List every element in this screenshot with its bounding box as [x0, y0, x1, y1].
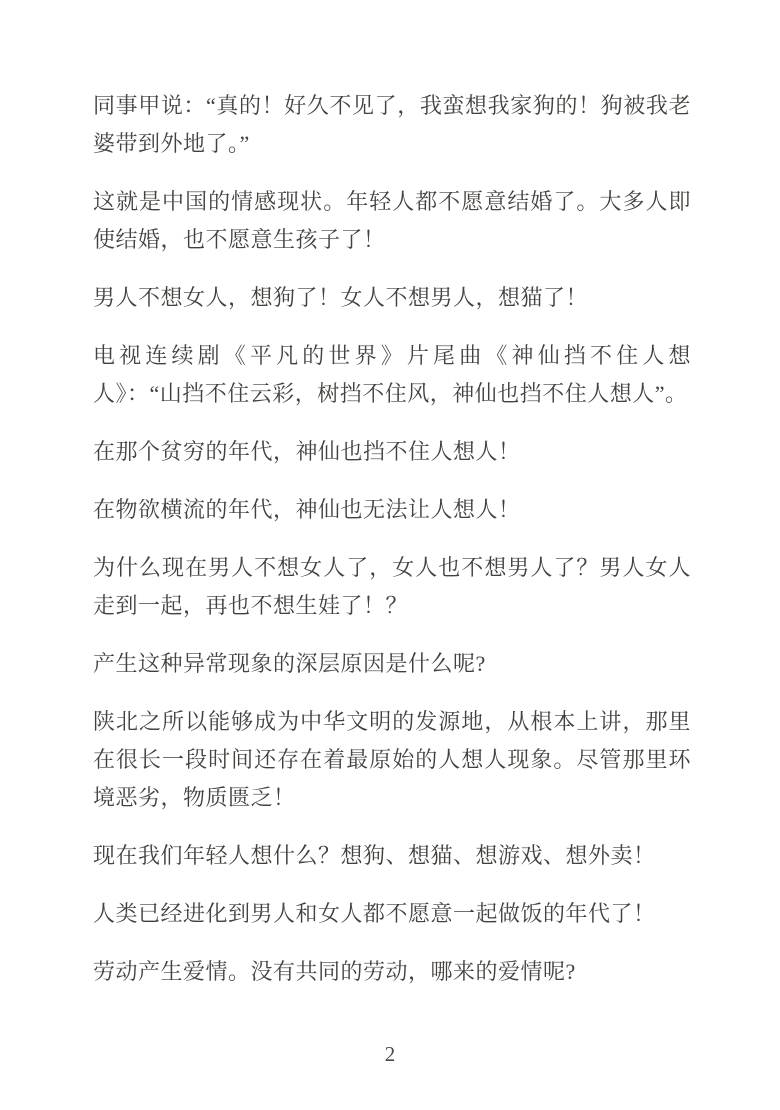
paragraph: 在物欲横流的年代，神仙也无法让人想人！	[93, 491, 691, 529]
paragraph: 在那个贫穷的年代，神仙也挡不住人想人！	[93, 433, 691, 471]
paragraph: 人类已经进化到男人和女人都不愿意一起做饭的年代了！	[93, 895, 691, 933]
paragraph: 男人不想女人，想狗了！女人不想男人，想猫了！	[93, 279, 691, 317]
paragraph: 现在我们年轻人想什么？想狗、想猫、想游戏、想外卖！	[93, 837, 691, 875]
page-number: 2	[385, 1042, 396, 1066]
paragraph: 产生这种异常现象的深层原因是什么呢?	[93, 645, 691, 683]
paragraph: 陕北之所以能够成为中华文明的发源地，从根本上讲，那里在很长一段时间还存在着最原始…	[93, 703, 691, 817]
paragraph: 电视连续剧《平凡的世界》片尾曲《神仙挡不住人想人》：“山挡不住云彩，树挡不住风，…	[93, 337, 691, 413]
document-page: 同事甲说：“真的！好久不见了，我蛮想我家狗的！狗被我老婆带到外地了。” 这就是中…	[0, 0, 780, 1110]
page-footer: 2	[0, 1042, 780, 1067]
text-body: 同事甲说：“真的！好久不见了，我蛮想我家狗的！狗被我老婆带到外地了。” 这就是中…	[93, 87, 691, 1011]
paragraph: 同事甲说：“真的！好久不见了，我蛮想我家狗的！狗被我老婆带到外地了。”	[93, 87, 691, 163]
paragraph: 为什么现在男人不想女人了，女人也不想男人了？男人女人走到一起，再也不想生娃了！？	[93, 549, 691, 625]
paragraph: 劳动产生爱情。没有共同的劳动，哪来的爱情呢?	[93, 953, 691, 991]
paragraph: 这就是中国的情感现状。年轻人都不愿意结婚了。大多人即使结婚，也不愿意生孩子了！	[93, 183, 691, 259]
